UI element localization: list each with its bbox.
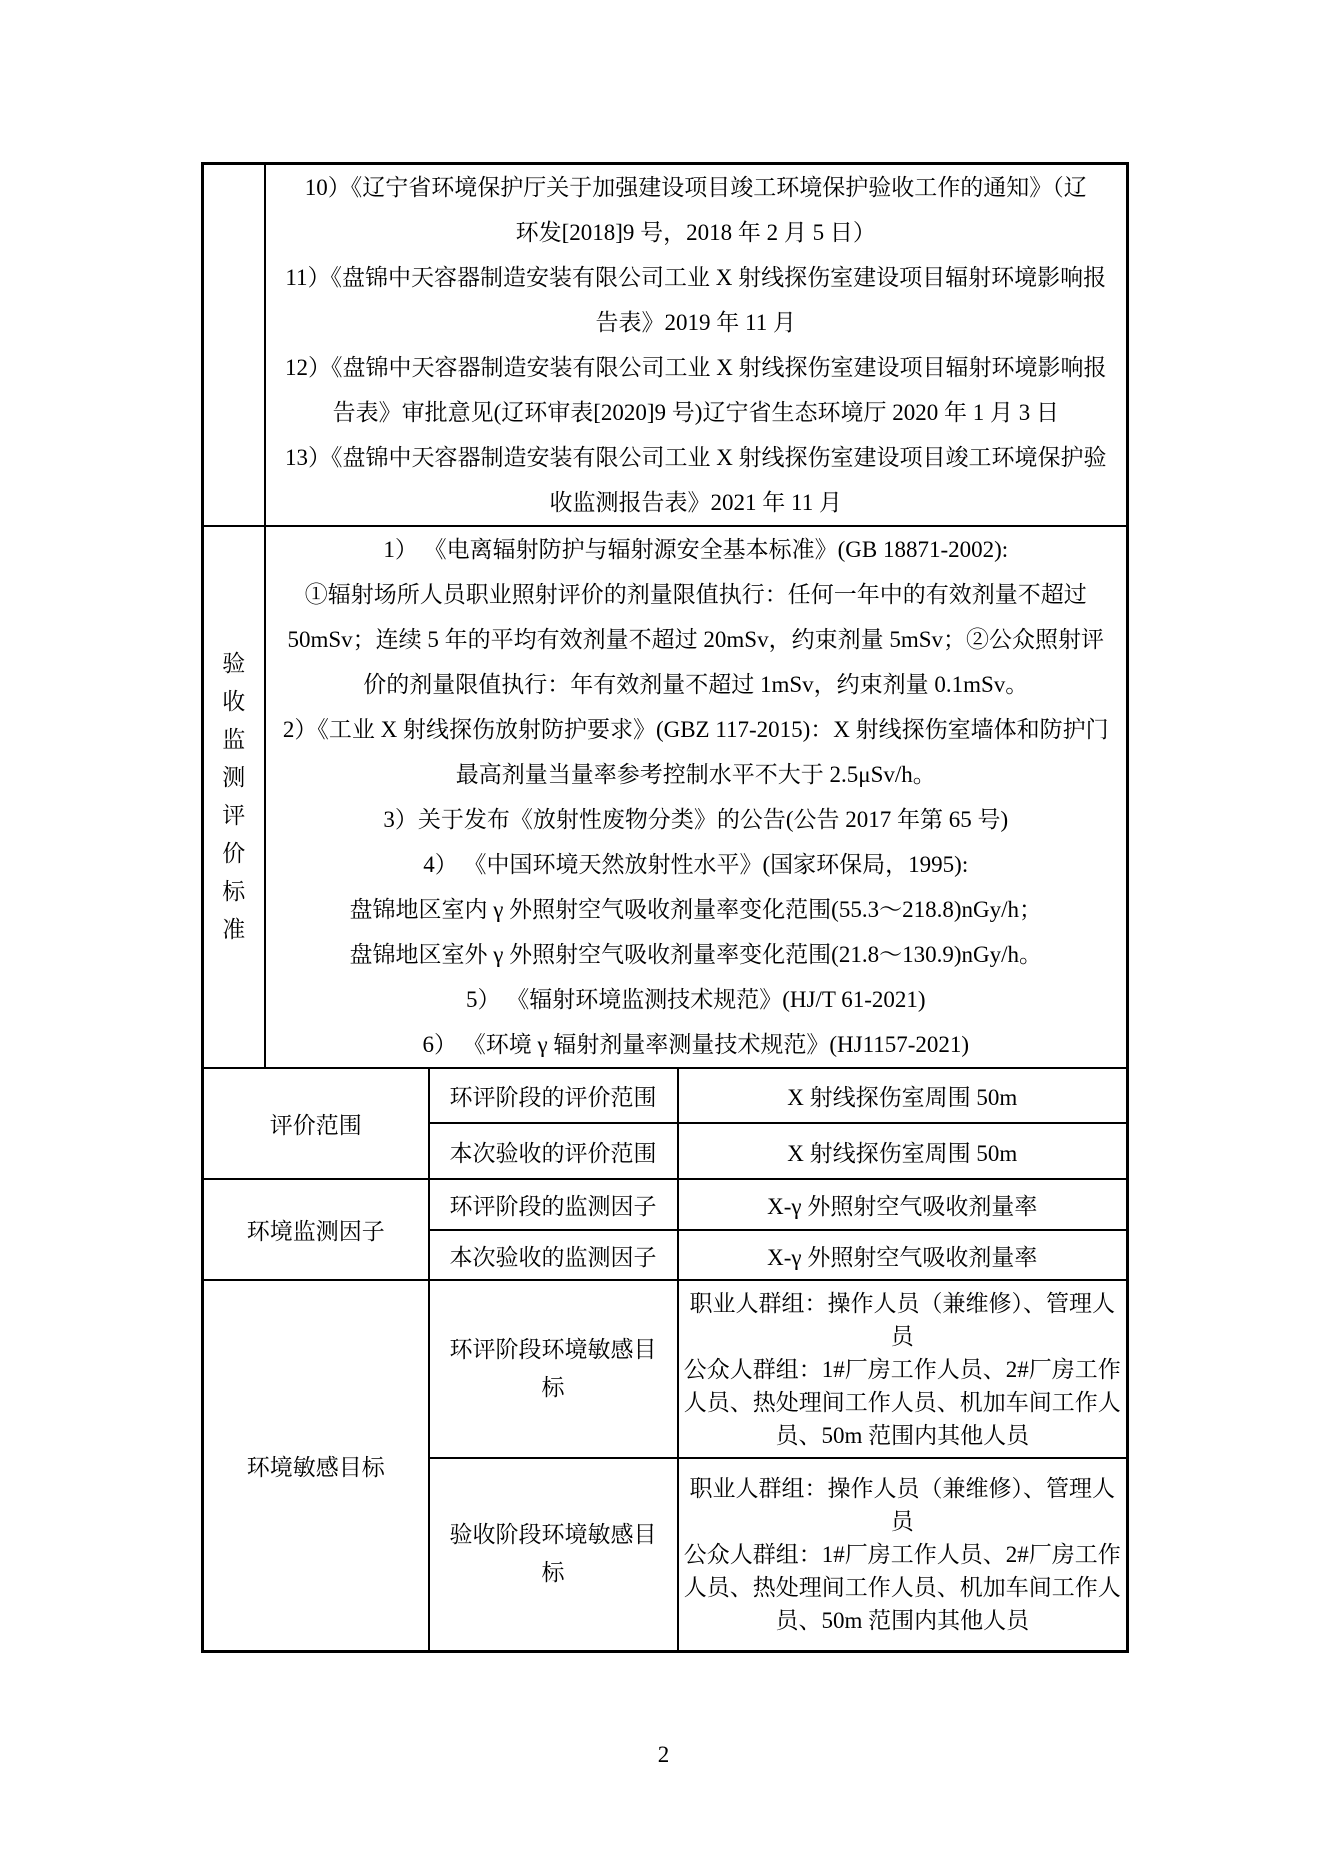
table-row: 环境敏感目标 环评阶段环境敏感目 标 职业人群组：操作人员（兼维修）、管理人 员… <box>203 1280 1128 1458</box>
references-content-cell: 10）《辽宁省环境保护厅关于加强建设项目竣工环境保护验收工作的通知》（辽 环发[… <box>265 164 1128 527</box>
standards-content-cell: 1） 《电离辐射防护与辐射源安全基本标准》(GB 18871-2002): ①辐… <box>265 526 1128 1068</box>
scope-eia-stage-value-cell: X 射线探伤室周围 50m <box>678 1068 1128 1123</box>
scope-acceptance-value-cell: X 射线探伤室周围 50m <box>678 1123 1128 1179</box>
acceptance-monitoring-table: 10）《辽宁省环境保护厅关于加强建设项目竣工环境保护验收工作的通知》（辽 环发[… <box>201 162 1129 1653</box>
table-row: 评价范围 环评阶段的评价范围 X 射线探伤室周围 50m <box>203 1068 1128 1123</box>
scope-eia-stage-name-cell: 环评阶段的评价范围 <box>429 1068 678 1123</box>
targets-label-cell: 环境敏感目标 <box>203 1280 429 1651</box>
factors-eia-stage-name-cell: 环评阶段的监测因子 <box>429 1179 678 1230</box>
page-number: 2 <box>201 1740 1126 1770</box>
standards-label-text: 验收监测评价标准 <box>220 645 247 949</box>
targets-eia-stage-value-cell: 职业人群组：操作人员（兼维修）、管理人 员 公众人群组：1#厂房工作人员、2#厂… <box>678 1280 1128 1458</box>
document-page: { "page_number": "2", "table": { "row_re… <box>0 0 1323 1871</box>
scope-acceptance-name-cell: 本次验收的评价范围 <box>429 1123 678 1179</box>
targets-acceptance-name-cell: 验收阶段环境敏感目 标 <box>429 1458 678 1651</box>
factors-acceptance-value-cell: X-γ 外照射空气吸收剂量率 <box>678 1230 1128 1280</box>
references-label-cell <box>203 164 265 527</box>
table-row: 环境监测因子 环评阶段的监测因子 X-γ 外照射空气吸收剂量率 <box>203 1179 1128 1230</box>
factors-label-cell: 环境监测因子 <box>203 1179 429 1280</box>
table-row: 验收监测评价标准 1） 《电离辐射防护与辐射源安全基本标准》(GB 18871-… <box>203 526 1128 1068</box>
factors-eia-stage-value-cell: X-γ 外照射空气吸收剂量率 <box>678 1179 1128 1230</box>
standards-label-cell: 验收监测评价标准 <box>203 526 265 1068</box>
targets-eia-stage-name-cell: 环评阶段环境敏感目 标 <box>429 1280 678 1458</box>
targets-acceptance-value-cell: 职业人群组：操作人员（兼维修）、管理人 员 公众人群组：1#厂房工作人员、2#厂… <box>678 1458 1128 1651</box>
table-row: 10）《辽宁省环境保护厅关于加强建设项目竣工环境保护验收工作的通知》（辽 环发[… <box>203 164 1128 527</box>
scope-label-cell: 评价范围 <box>203 1068 429 1179</box>
factors-acceptance-name-cell: 本次验收的监测因子 <box>429 1230 678 1280</box>
